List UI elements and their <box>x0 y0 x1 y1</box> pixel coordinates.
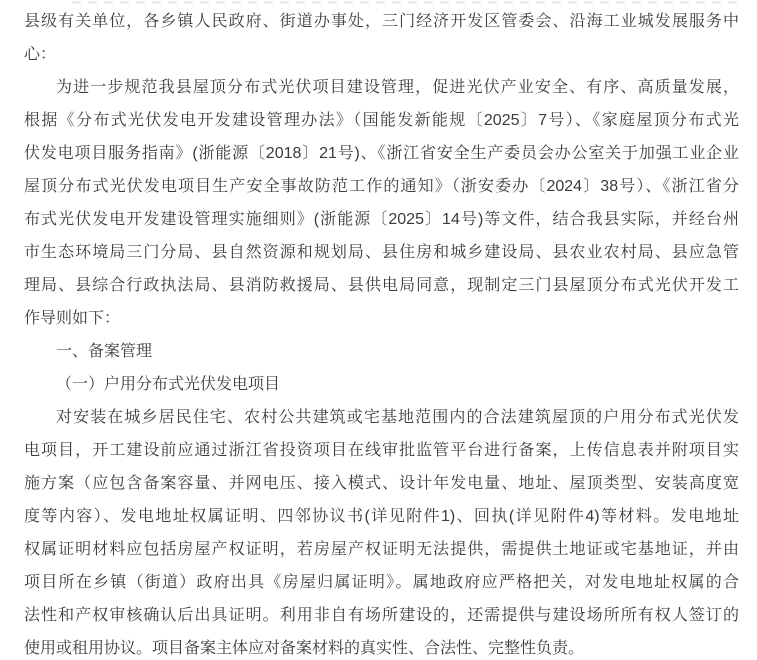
document-page: { "page": { "background_color": "#ffffff… <box>0 0 757 660</box>
text-line: （一）户用分布式光伏发电项目 <box>24 368 739 401</box>
text-line: 度等内容）、发电地址权属证明、四邻协议书(详见附件1)、回执(详见附件4)等材料… <box>24 500 739 533</box>
text-line: 布式光伏发电开发建设管理实施细则》(浙能源〔2025〕14号)等文件，结合我县实… <box>24 203 739 236</box>
text-line: 施方案（应包含备案容量、并网电压、接入模式、设计年发电量、地址、屋顶类型、安装高… <box>24 467 739 500</box>
text-line: 市生态环境局三门分局、县自然资源和规划局、县住房和城乡建设局、县农业农村局、县应… <box>24 236 739 269</box>
text-line: 电项目，开工建设前应通过浙江省投资项目在线审批监管平台进行备案，上传信息表并附项… <box>24 434 739 467</box>
text-line: 理局、县综合行政执法局、县消防救援局、县供电局同意，现制定三门县屋顶分布式光伏开… <box>24 269 739 302</box>
text-line: 伏发电项目服务指南》(浙能源〔2018〕21号)、《浙江省安全生产委员会办公室关… <box>24 137 739 170</box>
text-line: 法性和产权审核确认后出具证明。利用非自有场所建设的，还需提供与建设场所所有权人签… <box>24 599 739 632</box>
document-body: 县级有关单位，各乡镇人民政府、街道办事处，三门经济开发区管委会、沿海工业城发展服… <box>24 5 739 660</box>
text-line: 为进一步规范我县屋顶分布式光伏项目建设管理，促进光伏产业安全、有序、高质量发展， <box>24 71 739 104</box>
text-line: 使用或租用协议。项目备案主体应对备案材料的真实性、合法性、完整性负责。 <box>24 632 739 660</box>
text-line: 项目所在乡镇（街道）政府出具《房屋归属证明》。属地政府应严格把关，对发电地址权属… <box>24 566 739 599</box>
text-line: 县级有关单位，各乡镇人民政府、街道办事处，三门经济开发区管委会、沿海工业城发展服… <box>24 5 739 38</box>
text-line: 心： <box>24 38 739 71</box>
text-line: 屋顶分布式光伏发电项目生产安全事故防范工作的通知》（浙安委办〔2024〕38号）… <box>24 170 739 203</box>
text-line: 一、备案管理 <box>24 335 739 368</box>
text-line: 根据《分布式光伏发电开发建设管理办法》（国能发新能规〔2025〕7号）、《家庭屋… <box>24 104 739 137</box>
document-lines: 县级有关单位，各乡镇人民政府、街道办事处，三门经济开发区管委会、沿海工业城发展服… <box>24 5 739 660</box>
text-line: 对安装在城乡居民住宅、农村公共建筑或宅基地范围内的合法建筑屋顶的户用分布式光伏发 <box>24 401 739 434</box>
text-line: 权属证明材料应包括房屋产权证明，若房屋产权证明无法提供，需提供土地证或宅基地证，… <box>24 533 739 566</box>
text-line: 作导则如下： <box>24 302 739 335</box>
clipped-previous-line-sliver <box>72 1 737 4</box>
